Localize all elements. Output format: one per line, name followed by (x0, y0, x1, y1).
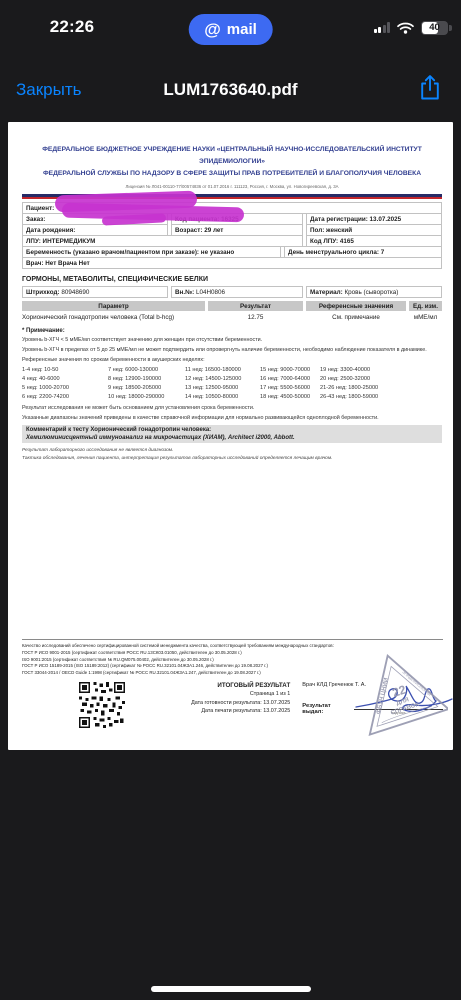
comment-method: Хемилюминисцентный иммуноанализ на микро… (26, 435, 438, 441)
result-row: Хорионический гонадотропин человека (Tot… (22, 312, 442, 322)
org-name-line1: ФЕДЕРАЛЬНОЕ БЮДЖЕТНОЕ УЧРЕЖДЕНИЕ НАУКИ «… (28, 144, 436, 168)
ref-cell: 1-4 нед: 10-50 (22, 366, 108, 375)
internal-number-cell: Вн.№: L04H0806 (171, 286, 303, 298)
ref-cell: 13 нед: 12500-95000 (185, 384, 260, 393)
ref-cell: 8 нед: 12900-190000 (108, 375, 185, 384)
ref-cell: 9 нед: 18500-205000 (108, 384, 185, 393)
document-title: LUM1763640.pdf (90, 80, 371, 100)
page-count: Страница 1 из 1 (135, 690, 290, 698)
note-line: Референсные значения по срокам беременно… (22, 356, 442, 364)
mail-at-icon: @ (204, 20, 221, 40)
ready-date: Дата готовности результата: 13.07.2025 (135, 699, 290, 707)
section-title: ГОРМОНЫ, МЕТАБОЛИТЫ, СПЕЦИФИЧЕСКИЕ БЕЛКИ (22, 276, 442, 283)
ref-cell: 4 нед: 40-6000 (22, 375, 108, 384)
disclaimer-block: Результат лабораторного исследования не … (22, 447, 442, 462)
disclaimer-line: Результат лабораторного исследования не … (22, 447, 442, 455)
ref-cell: 5 нед: 1000-20700 (22, 384, 108, 393)
note-line: Результат исследования не может быть осн… (22, 404, 442, 412)
ref-cell: 10 нед: 18000-290000 (108, 393, 185, 402)
ref-cell: 6 нед: 2200-74200 (22, 393, 108, 402)
issued-label: Результат выдал: (302, 703, 349, 715)
material-cell: Материал: Кровь (сыворотка) (306, 286, 442, 298)
internal-number-value: L04H0806 (196, 289, 225, 296)
ref-cell: 21-26 нед: 1800-25000 (320, 384, 442, 393)
barcode-label: Штрихкод: (26, 289, 60, 296)
close-button[interactable]: Закрыть (16, 80, 81, 100)
internal-number-label: Вн.№: (175, 289, 194, 296)
parameter-name: Хорионический гонадотропин человека (Tot… (22, 312, 205, 322)
ref-cell: 16 нед: 7000-64000 (260, 375, 320, 384)
share-icon (419, 74, 441, 101)
cellular-signal-icon (374, 22, 391, 33)
qr-code (79, 682, 125, 728)
ref-cell: 26-43 нед: 1800-59000 (320, 393, 442, 402)
ref-cell: 7 нед: 6000-130000 (108, 366, 185, 375)
pdf-content: ФЕДЕРАЛЬНОЕ БЮДЖЕТНОЕ УЧРЕЖДЕНИЕ НАУКИ «… (8, 122, 453, 462)
ref-cell: 14 нед: 10500-80000 (185, 393, 260, 402)
wifi-icon (397, 22, 414, 34)
battery-percent: 40 (421, 21, 448, 35)
battery-indicator: 40 (421, 21, 448, 35)
stamp-edge1-text: ФБУН ЦНИИ (375, 677, 390, 715)
reference-value: См. примечание (306, 312, 406, 322)
home-indicator[interactable] (151, 986, 311, 992)
unit-value: мМЕ/мл (409, 312, 442, 322)
ref-cell: 17 нед: 5500-56000 (260, 384, 320, 393)
footer-summary: ИТОГОВЫЙ РЕЗУЛЬТАТ Страница 1 из 1 Дата … (135, 682, 290, 716)
note-title: * Примечание: (22, 328, 442, 334)
header-units: Ед. изм. (409, 301, 442, 311)
triangular-stamp: ФБУН ЦНИИ ЭПИДЕМИОЛОГИИ 22 ДЛЯ СПРАВОК (354, 642, 448, 746)
doctor-cell: Врач: Нет Врача Нет (22, 257, 442, 269)
ref-cell: 19 нед: 3300-40000 (320, 366, 442, 375)
comment-title: Комментарий к тесту Хорионический гонадо… (26, 427, 438, 433)
barcode-cell: Штрихкод: 80948690 (22, 286, 168, 298)
mail-app-badge[interactable]: @ mail (188, 14, 273, 45)
disclaimer-line: Тактика обследования, лечения пациента, … (22, 455, 442, 463)
note-line: Указанные диапазоны значений приведены в… (22, 414, 442, 422)
ref-cell: 20 нед: 2500-32000 (320, 375, 442, 384)
ref-cell: 15 нед: 9000-70000 (260, 366, 320, 375)
note-line: Уровень b-ХГЧ в пределах от 5 до 25 мМЕ/… (22, 346, 442, 354)
pdf-page[interactable]: ФЕДЕРАЛЬНОЕ БЮДЖЕТНОЕ УЧРЕЖДЕНИЕ НАУКИ «… (8, 122, 453, 750)
battery-nub (449, 25, 452, 31)
header-reference: Референсные значения (306, 301, 406, 311)
reference-grid: 1-4 нед: 10-50 7 нед: 6000-130000 11 нед… (22, 366, 442, 402)
screen: 22:26 @ mail 40 Закрыть LUM1763640.pdf (0, 0, 461, 1000)
share-button[interactable] (419, 74, 445, 104)
footer-separator (22, 639, 443, 640)
status-time: 22:26 (36, 17, 108, 37)
result-table-header: Параметр Результат Референсные значения … (22, 301, 442, 311)
header-parameter: Параметр (22, 301, 205, 311)
print-date: Дата печати результата: 13.07.2025 (135, 707, 290, 715)
header-result: Результат (208, 301, 303, 311)
sample-row: Штрихкод: 80948690 Вн.№: L04H0806 Матери… (22, 286, 442, 298)
note-line: Уровень b-ХГЧ < 5 мМЕ/мл соответствует з… (22, 336, 442, 344)
final-result-label: ИТОГОВЫЙ РЕЗУЛЬТАТ (135, 682, 290, 690)
barcode-value: 80948690 (61, 289, 89, 296)
comment-block: Комментарий к тесту Хорионический гонадо… (22, 425, 442, 443)
result-value: 12.75 (208, 312, 303, 322)
license-line: Лицензия № Л041-00110-77/00574836 от 01.… (22, 184, 442, 189)
status-icons: 40 (374, 21, 449, 35)
ref-cell: 12 нед: 14500-125000 (185, 375, 260, 384)
org-name-line2: ФЕДЕРАЛЬНОЙ СЛУЖБЫ ПО НАДЗОРУ В СФЕРЕ ЗА… (28, 168, 436, 180)
material-value: Кровь (сыворотка) (344, 289, 398, 296)
ref-cell: 18 нед: 4500-50000 (260, 393, 320, 402)
material-label: Материал: (310, 289, 343, 296)
mail-badge-label: mail (227, 21, 257, 38)
ref-cell: 11 нед: 16500-180000 (185, 366, 260, 375)
